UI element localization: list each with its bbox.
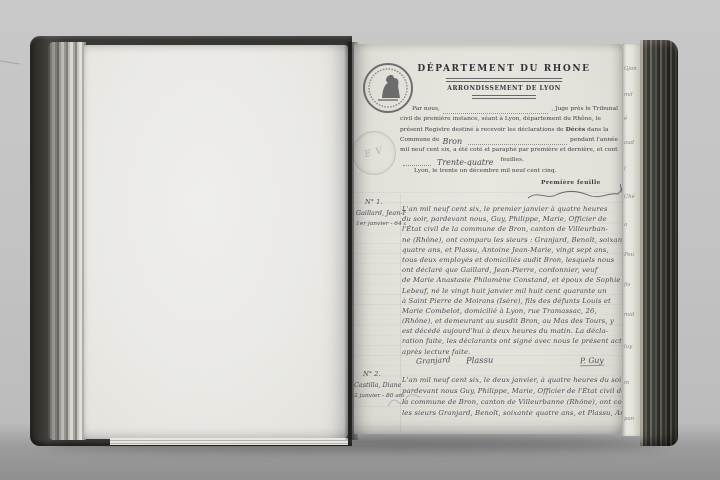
preamble-line: Lyon, le trente un décembre mil neuf cen… xyxy=(400,166,618,176)
left-blank-page xyxy=(84,45,348,439)
left-page-stack-edges xyxy=(48,42,86,440)
preamble-line: Trente-quatre feuilles. xyxy=(400,155,618,165)
register-preamble: Par nous, , Juge près le Tribunal civil … xyxy=(400,104,618,176)
record-1-act-text: L'an mil neuf cent six, le premier janvi… xyxy=(402,204,622,357)
preamble-line: civil de première instance, séant à Lyon… xyxy=(400,114,618,124)
title-rule xyxy=(446,78,562,82)
embossed-stamp-icon: E V xyxy=(352,131,396,175)
scanned-register-photo: DÉPARTEMENT DU RHONE ARRONDISSEMENT DE L… xyxy=(0,0,720,480)
subtitle-rule xyxy=(472,95,536,99)
page-subtitle: ARRONDISSEMENT DE LYON xyxy=(404,85,604,92)
sheet-count-handwritten-fill: Trente-quatre xyxy=(437,159,494,166)
page-title: DÉPARTEMENT DU RHONE xyxy=(404,64,604,74)
witness-signature-1: Granjard xyxy=(416,355,451,366)
preamble-line: mil neuf cent six, a été coté et paraphé… xyxy=(400,145,618,155)
next-page-edge-strip: Gjon mil é aud l Ché a Pou fis mid luy m… xyxy=(622,44,640,436)
deceased-name: Gaillard, Jean-Pierre xyxy=(356,208,406,219)
judge-signature-flourish xyxy=(526,184,636,204)
deceased-name: Castilla, Diane xyxy=(354,380,404,391)
death-date-age: 1er janvier - 64 ans xyxy=(356,219,406,230)
commune-handwritten-fill: Bron xyxy=(442,138,462,145)
witness-signature-2: Plassu xyxy=(466,355,494,366)
preamble-line: Commune de Bron pendant l'année xyxy=(400,135,618,145)
background-scratch xyxy=(0,60,20,64)
officer-signature: P. Guy xyxy=(580,356,604,367)
record-2-act-text: L'an mil neuf cent six, le deux janvier,… xyxy=(402,375,622,419)
record-number: N° 2. xyxy=(363,369,404,380)
right-page-stack-edges xyxy=(640,40,678,446)
record-number: N° 1. xyxy=(365,197,406,208)
record-1-margin: N° 1. Gaillard, Jean-Pierre 1er janvier … xyxy=(356,197,406,230)
preamble-line: présent Registre destiné à recevoir les … xyxy=(400,125,618,135)
preamble-line: Par nous, , Juge près le Tribunal xyxy=(400,104,618,114)
bottom-page-edges xyxy=(110,438,348,445)
right-register-page: DÉPARTEMENT DU RHONE ARRONDISSEMENT DE L… xyxy=(354,44,622,434)
